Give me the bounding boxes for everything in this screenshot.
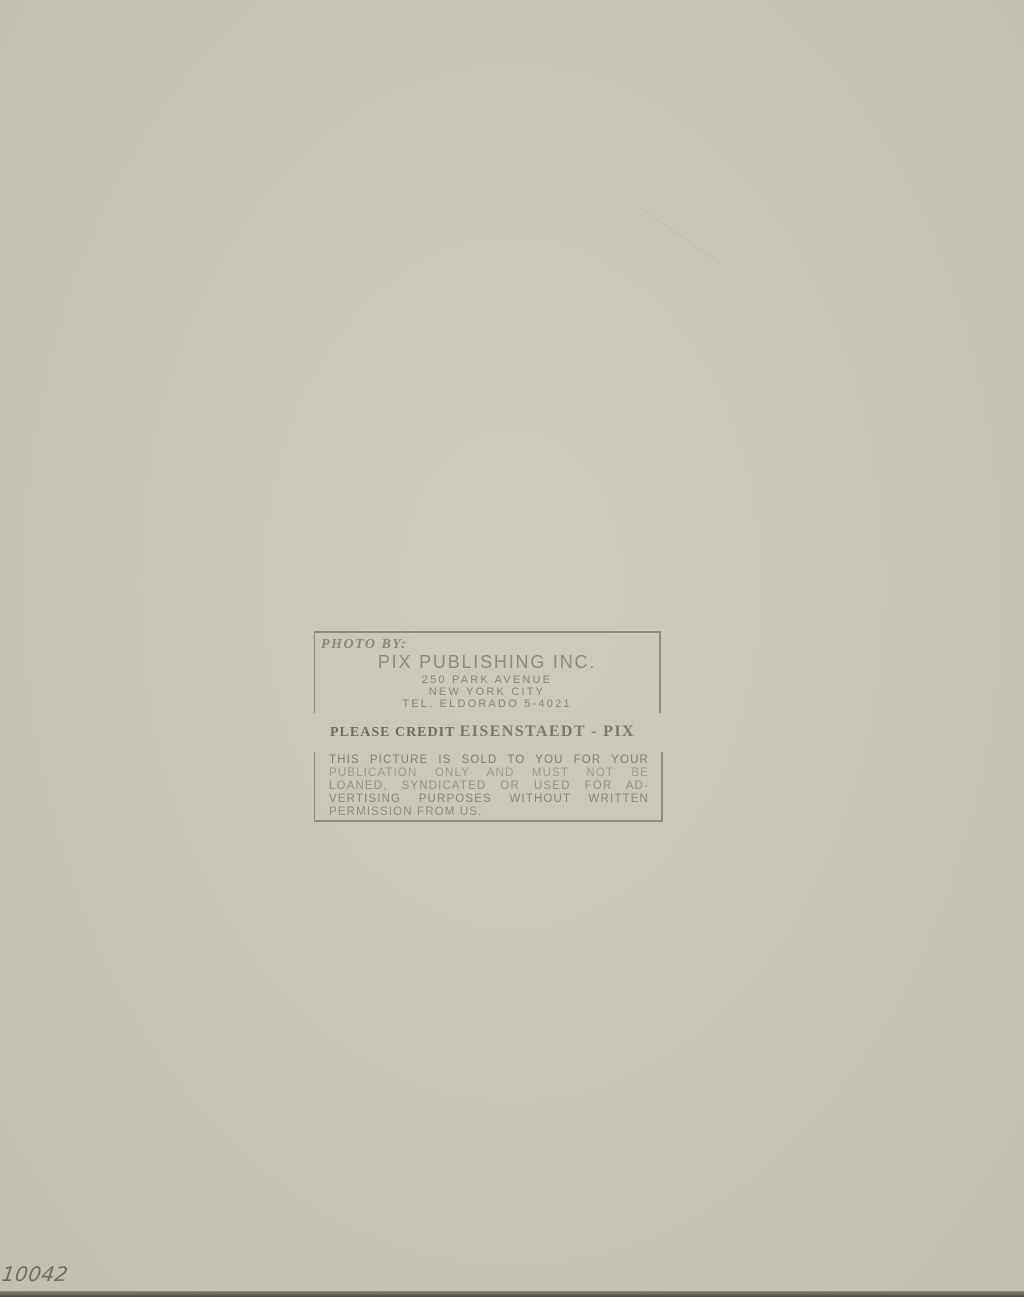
publisher-name: PIX PUBLISHING INC. <box>315 652 659 673</box>
usage-notice-line: PERMISSION FROM US. <box>329 806 649 818</box>
credit-prefix: PLEASE CREDIT <box>330 725 455 740</box>
usage-notice-line: THIS PICTURE IS SOLD TO YOU FOR YOUR <box>329 754 649 766</box>
usage-notice-line: VERTISING PURPOSES WITHOUT WRITTEN <box>329 793 649 805</box>
usage-notice-line: PUBLICATION ONLY AND MUST NOT BE <box>329 767 649 779</box>
handwritten-catalog-number: 10042 <box>0 1262 69 1286</box>
photo-back-page: PHOTO BY: PIX PUBLISHING INC. 250 PARK A… <box>0 0 1024 1297</box>
credit-line: PLEASE CREDIT EISENSTAEDT - PIX <box>330 723 650 741</box>
photographer-stamp-box: PHOTO BY: PIX PUBLISHING INC. 250 PARK A… <box>314 631 661 713</box>
publisher-address-city: NEW YORK CITY <box>315 686 659 698</box>
usage-notice-line: LOANED, SYNDICATED OR USED FOR AD- <box>329 780 649 792</box>
publisher-address-street: 250 PARK AVENUE <box>315 674 659 686</box>
publisher-telephone: TEL. ELDORADO 5-4021 <box>315 698 659 710</box>
usage-notice-box: THIS PICTURE IS SOLD TO YOU FOR YOUR PUB… <box>314 752 663 822</box>
faint-impression-mark <box>580 205 720 345</box>
photo-by-label: PHOTO BY: <box>321 637 407 653</box>
credit-photographer: EISENSTAEDT - PIX <box>460 723 635 740</box>
scan-bottom-edge <box>0 1291 1024 1297</box>
